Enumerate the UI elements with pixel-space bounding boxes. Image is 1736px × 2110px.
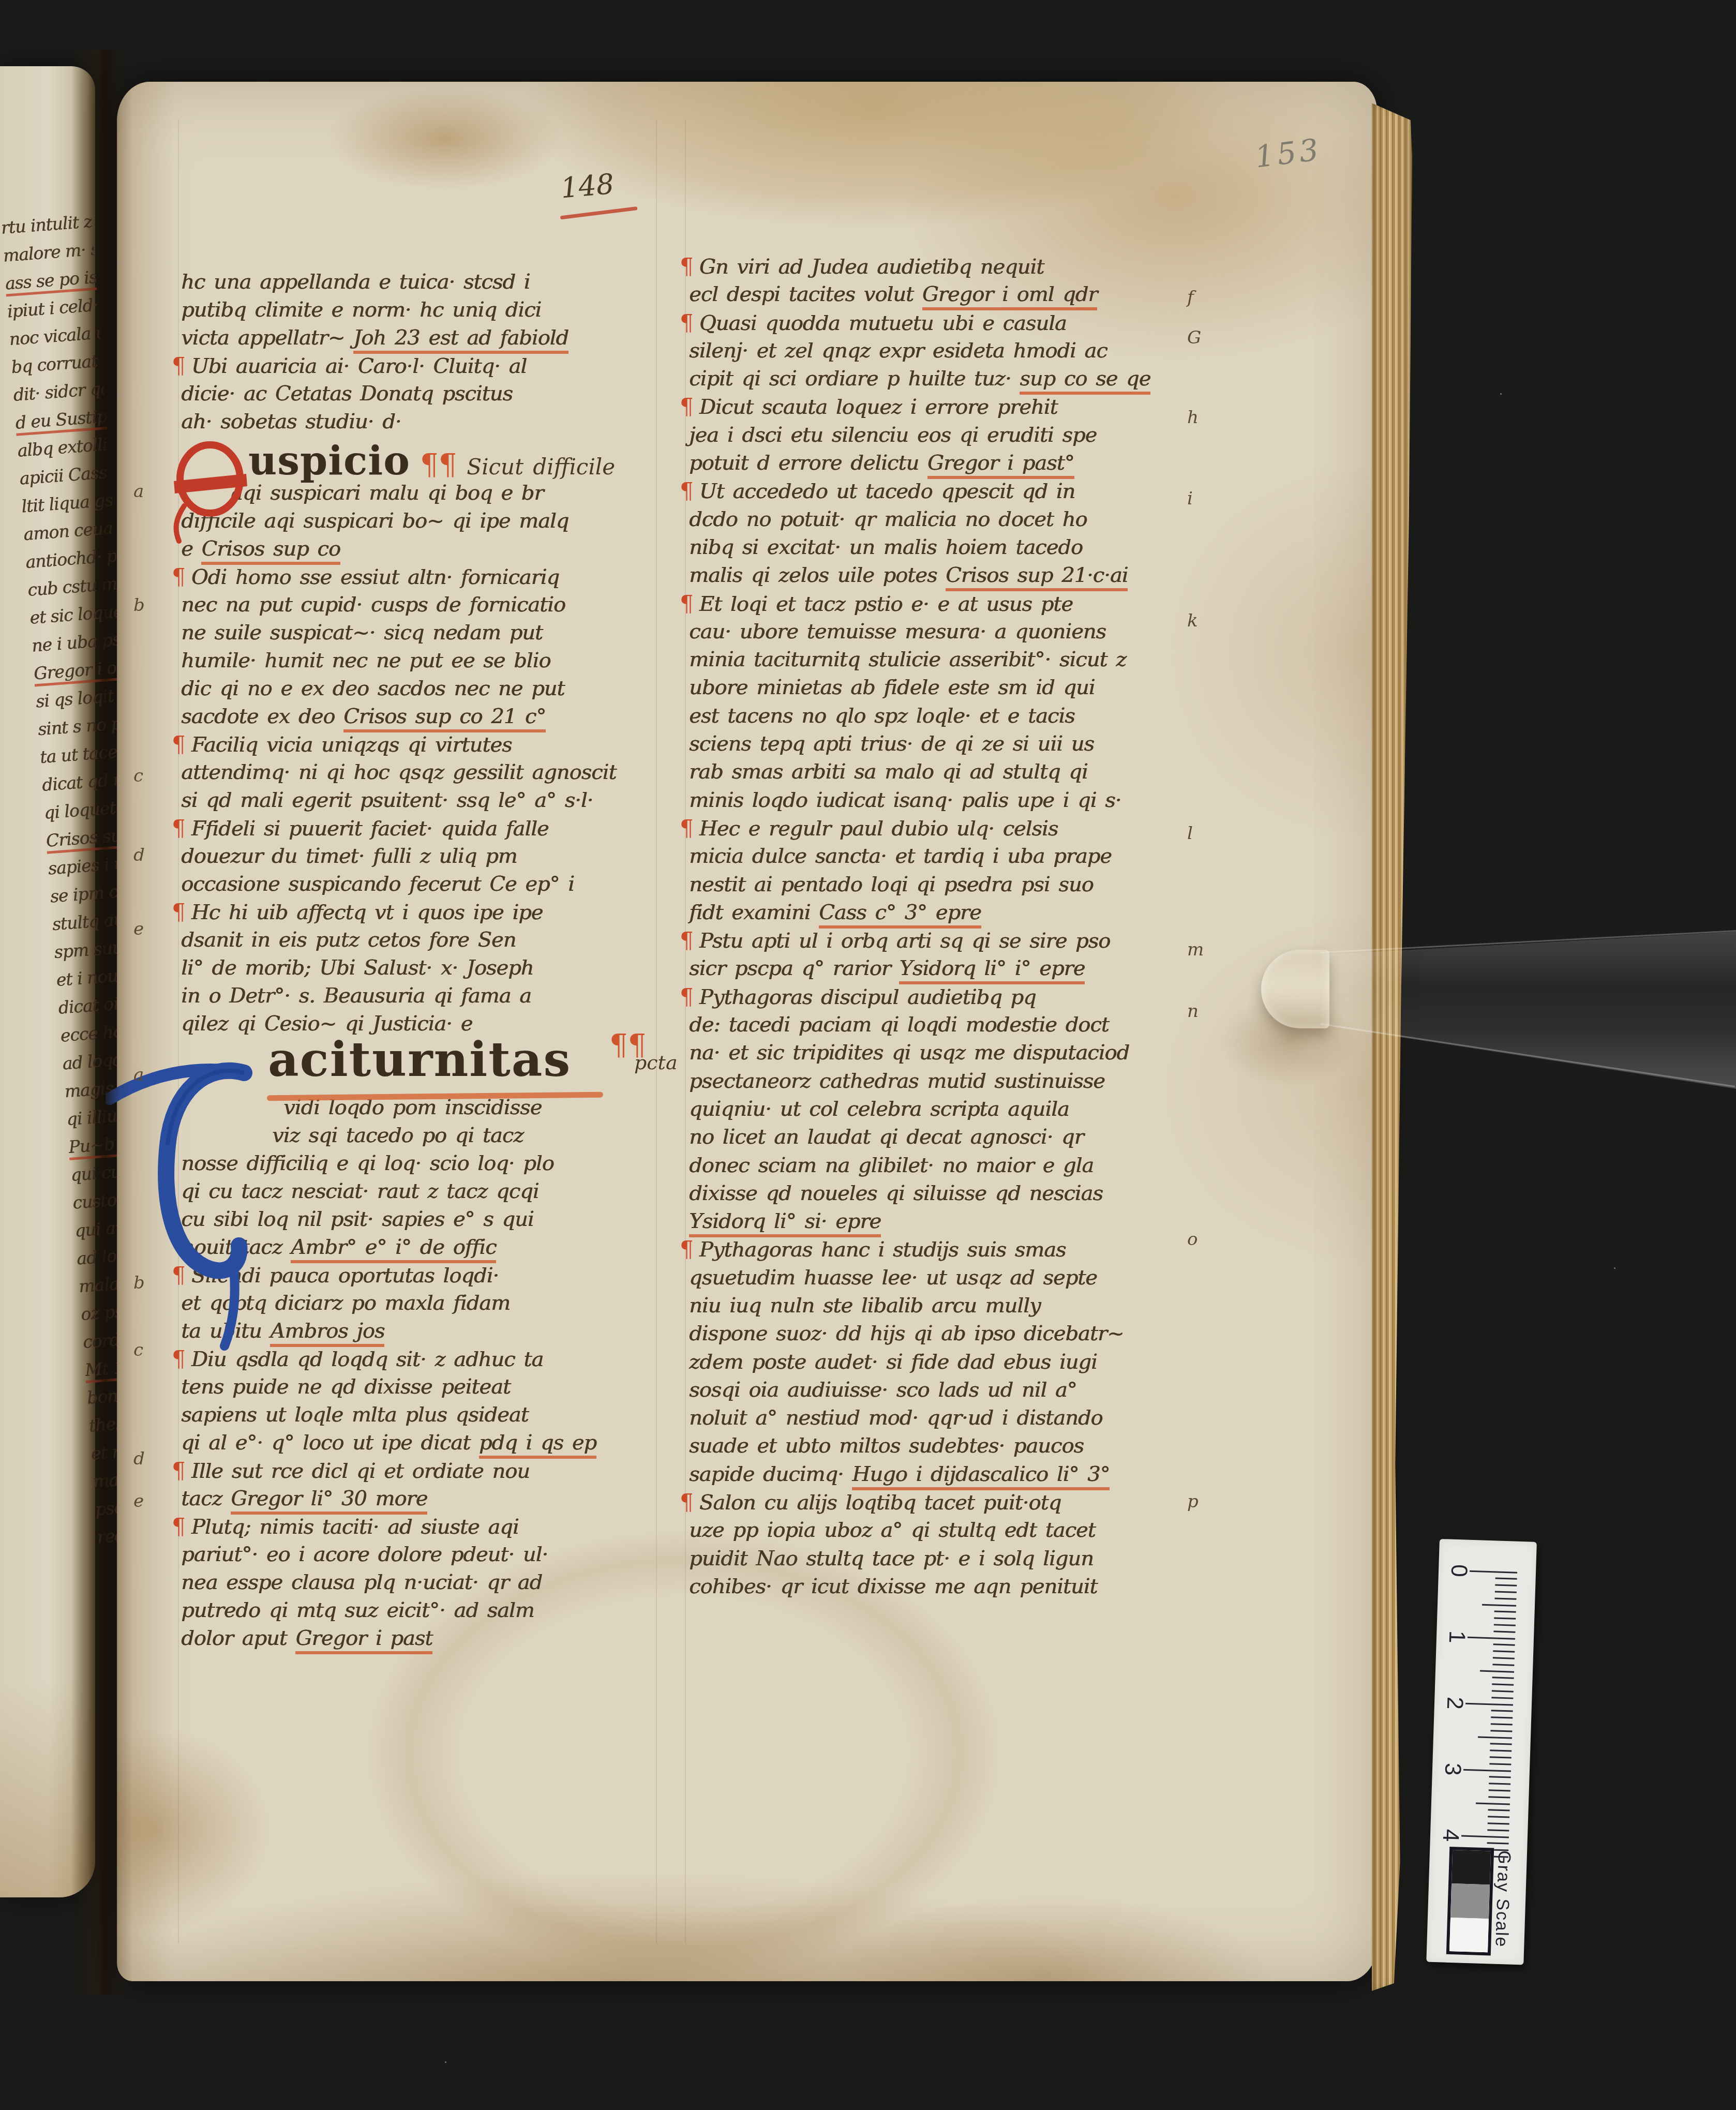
ruler-number: 2 <box>1441 1687 1468 1719</box>
ruler-tick <box>1494 1611 1516 1613</box>
manuscript-text-line: ¶Ffideli si puuerit faciet· quida falle <box>181 814 647 842</box>
manuscript-text-line: attendimq· ni qi hoc qsqz gessilit agnos… <box>181 758 647 786</box>
manuscript-text-line: ¶Faciliq vicia uniqzqs qi virtutes <box>181 730 647 758</box>
pilcrow-mark: ¶ <box>680 1489 693 1515</box>
folio-red-underline <box>560 206 638 219</box>
manuscript-text-line: pariut°· eo i acore dolore pdeut· ul· <box>181 1540 647 1568</box>
ruler-tick <box>1493 1657 1515 1659</box>
manuscript-text-line: e Crisos sup co <box>181 535 647 563</box>
ruler-tick <box>1461 1835 1509 1838</box>
heading-word: uspicio <box>248 438 410 484</box>
folio-number-pencil: 153 <box>1253 131 1323 174</box>
manuscript-text-line: hc una appellanda e tuica· stcsd i <box>181 268 647 296</box>
ruler-tick <box>1493 1644 1515 1646</box>
manuscript-text-line: putibq climite e norm· hc uniq dici <box>181 296 647 324</box>
manuscript-text-line: cau· ubore temuisse mesura· a quoniens <box>689 618 1165 646</box>
manuscript-text-line: Ysidorq li° si· epre <box>689 1207 1165 1235</box>
ruler-tick <box>1478 1736 1512 1739</box>
pilcrow-mark: ¶ <box>172 564 185 589</box>
red-underlined-citation: Gregor li° 30 more <box>231 1487 427 1515</box>
patch-gray <box>1450 1883 1490 1919</box>
red-paragraph-mark: ¶¶ <box>420 448 457 482</box>
manuscript-text-line: ecl despi tacites volut Gregor i oml qdr <box>689 280 1165 308</box>
pilcrow-mark: ¶ <box>680 815 693 841</box>
manuscript-text-line: nibq si excitat· un malis hoiem tacedo <box>689 533 1165 561</box>
ruler-tick <box>1495 1591 1517 1593</box>
red-underlined-citation: Crisos sup 21·c·ai <box>946 563 1128 591</box>
margin-guide-letter: p <box>1187 1491 1199 1512</box>
ruler-tick <box>1488 1796 1510 1798</box>
manuscript-text-line: ¶Salon cu alijs loqtibq tacet puit·otq <box>689 1488 1165 1516</box>
pilcrow-mark: ¶ <box>680 253 693 279</box>
margin-guide-letter: d <box>133 845 145 865</box>
margin-guide-letter: l <box>1187 823 1193 844</box>
manuscript-page: 148 153 hc una appellanda e tuica· stcsd… <box>117 82 1377 1981</box>
ruler-tick <box>1476 1802 1510 1805</box>
manuscript-text-line: fidt examini Cass c° 3° epre <box>689 899 1165 926</box>
pilcrow-mark: ¶ <box>172 815 185 841</box>
pilcrow-mark: ¶ <box>172 353 185 378</box>
manuscript-text-line: ¶Gn viri ad Judea audietibq nequit <box>689 252 1165 280</box>
ruler-tick <box>1494 1597 1516 1599</box>
blue-initial-T <box>106 1026 276 1368</box>
manuscript-text-line: dixisse qd noueles qi siluisse qd nescia… <box>689 1179 1165 1207</box>
ruler-tick <box>1490 1730 1512 1732</box>
ruler-tick <box>1490 1749 1511 1752</box>
manuscript-text-line: in o Detr°· s. Beausuria qi fama a <box>181 982 647 1010</box>
manuscript-text-line: dcdo no potuit· qr malicia no docet ho <box>689 505 1165 533</box>
ruler-number: 3 <box>1439 1753 1466 1785</box>
manuscript-text-line: zdem poste audet· si fide dad ebus iugi <box>689 1348 1165 1376</box>
red-underlined-citation: Gregor i past <box>295 1626 432 1654</box>
manuscript-text-line: ne suile suspicat~· sicq nedam put <box>181 619 647 647</box>
manuscript-text-line: difficile aqi suspicari bo~ qi ipe malq <box>181 507 647 535</box>
dust-speck <box>445 2061 446 2063</box>
ruler-tick <box>1487 1829 1509 1831</box>
heading-side-note: pcta <box>634 1051 678 1074</box>
ruler-tick <box>1491 1716 1513 1718</box>
ruler-tick <box>1489 1763 1511 1765</box>
pilcrow-mark: ¶ <box>680 310 693 335</box>
patch-white <box>1449 1918 1489 1953</box>
pilcrow-mark: ¶ <box>680 394 693 419</box>
margin-guide-letter: b <box>133 1273 145 1293</box>
heading-continuation: Sicut difficile <box>467 454 615 480</box>
ruler-tick <box>1492 1683 1514 1685</box>
ruler-tick <box>1492 1677 1514 1679</box>
margin-guide-letter: G <box>1187 327 1201 348</box>
manuscript-text-line: malis qi zelos uile potes Crisos sup 21·… <box>689 561 1165 589</box>
manuscript-text-line: noluit a° nestiud mod· qqr·ud i distando <box>689 1404 1165 1432</box>
manuscript-text-line: occasione suspicando fecerut Ce ep° i <box>181 870 647 898</box>
ruler-tick <box>1488 1809 1510 1811</box>
manuscript-text-line: si qd mali egerit psuitent· ssq le° a° s… <box>181 786 647 814</box>
margin-guide-letter: e <box>133 919 144 939</box>
manuscript-text-line: psectaneorz cathedras mutid sustinuisse <box>689 1067 1165 1095</box>
manuscript-text-line: rab smas arbiti sa malo qi ad stultq qi <box>689 758 1165 786</box>
manuscript-text-line: sapiens ut loqle mlta plus qsideat <box>181 1401 647 1429</box>
manuscript-text-line: ¶Hc hi uib affectq vt i quos ipe ipe <box>181 898 647 926</box>
margin-guide-letter: a <box>133 1065 144 1085</box>
manuscript-text-line: ¶Pythagoras discipul audietibq pq <box>689 983 1165 1011</box>
ruler-tick <box>1494 1617 1516 1619</box>
manuscript-text-line: sciens tepq apti trius· de qi ze si uii … <box>689 730 1165 758</box>
red-underlined-citation: pdq i qs ep <box>479 1431 596 1459</box>
manuscript-text-line: qi al e°· q° loco ut ipe dicat pdq i qs … <box>181 1429 647 1457</box>
ruler-tick <box>1487 1842 1509 1844</box>
red-underlined-citation: sup co se qe <box>1020 367 1150 395</box>
red-underlined-citation: Gregor i past° <box>927 451 1074 479</box>
manuscript-text-line: dicie· ac Cetatas Donatq pscitus <box>181 380 647 408</box>
manuscript-text-line: quiqniu· ut col celebra scripta aquila <box>689 1095 1165 1123</box>
manuscript-text-line: silenj· et zel qnqz expr esideta hmodi a… <box>689 337 1165 365</box>
ruler-tick <box>1489 1783 1510 1785</box>
ruler-tick <box>1491 1710 1513 1712</box>
ruler-tick <box>1492 1664 1514 1666</box>
red-underlined-citation: Cass c° 3° epre <box>819 901 981 929</box>
ruler-tick <box>1495 1578 1517 1580</box>
manuscript-text-line: sicr pscpa q° rarior Ysidorq li° i° epre <box>689 954 1165 982</box>
margin-guide-letter: c <box>133 766 143 786</box>
gray-scale-label: Gray Scale <box>1491 1850 1515 1959</box>
ruler-number: 1 <box>1443 1621 1470 1653</box>
folio-number-ink: 148 <box>559 168 615 205</box>
margin-guide-letter: e <box>133 1491 144 1512</box>
manuscript-text-line: na· et sic tripidites qi usqz me disputa… <box>689 1039 1165 1067</box>
ruler-tick <box>1482 1604 1516 1606</box>
margin-guide-letter: b <box>133 595 145 616</box>
manuscript-text-line: minis loqdo iudicat isanq· palis upe i q… <box>689 786 1165 814</box>
gray-scale-ruler: 01234 Gray Scale <box>1426 1539 1537 1965</box>
ruler-tick <box>1490 1743 1512 1745</box>
manuscript-text-line: ¶Pstu apti ul i orbq arti sq qi se sire … <box>689 926 1165 954</box>
manuscript-text-line: no licet an laudat qi decat agnosci· qr <box>689 1123 1165 1151</box>
manuscript-text-line: nec na put cupid· cusps de fornicatio <box>181 591 647 619</box>
page-crease <box>656 119 657 1943</box>
margin-guide-letter: a <box>133 481 144 502</box>
ruler-tick <box>1491 1723 1513 1725</box>
manuscript-text-line: tacz Gregor li° 30 more <box>181 1485 647 1513</box>
red-underlined-citation: Ambr° e° i° de offic <box>291 1235 496 1263</box>
manuscript-text-line: sapide ducimq· Hugo i dijdascalico li° 3… <box>689 1460 1165 1488</box>
pilcrow-mark: ¶ <box>172 1458 185 1483</box>
manuscript-text-line: ¶Plutq; nimis taciti· ad siuste aqi <box>181 1513 647 1540</box>
ruler-tick <box>1489 1789 1510 1791</box>
pilcrow-mark: ¶ <box>680 927 693 953</box>
margin-guide-letter: n <box>1187 1001 1199 1022</box>
dust-speck <box>1614 1267 1615 1269</box>
pilcrow-mark: ¶ <box>680 984 693 1009</box>
section-heading-suspicio: uspicio ¶¶ Sicut difficile <box>248 438 615 484</box>
margin-guide-letter: f <box>1187 287 1194 308</box>
ruler-tick <box>1470 1570 1517 1573</box>
manuscript-text-line: ¶Ubi auaricia ai· Caro·l· Cluitq· al <box>181 352 647 380</box>
manuscript-text-line: micia dulce sancta· et tardiq i uba prap… <box>689 842 1165 870</box>
ruler-tick <box>1468 1636 1515 1639</box>
manuscript-text-line: qsuetudim huasse lee· ut usqz ad septe <box>689 1264 1165 1292</box>
manuscript-text-line: puidit Nao stultq tace pt· e i solq ligu… <box>689 1545 1165 1573</box>
ruler-number: 0 <box>1445 1554 1472 1587</box>
red-underlined-citation: Ysidorq li° i° epre <box>899 956 1085 984</box>
margin-guide-letter: m <box>1187 939 1204 960</box>
manuscript-text-line: tens puide ne qd dixisse peiteat <box>181 1373 647 1401</box>
red-initial-S <box>172 438 250 544</box>
ruler-tick <box>1491 1697 1513 1699</box>
ruler-tick <box>1465 1702 1513 1705</box>
ruler-tick <box>1480 1670 1514 1672</box>
manuscript-text-line: nea esspe clausa plq n·uciat· qr ad <box>181 1568 647 1596</box>
red-underlined-citation: Crisos sup co 21 c° <box>343 705 546 732</box>
manuscript-text-line: niu iuq nuln ste libalib arcu mully <box>689 1292 1165 1320</box>
manuscript-text-line: dic qi no e ex deo sacdos nec ne put <box>181 675 647 702</box>
ruler-tick <box>1488 1816 1509 1818</box>
ruler-tick <box>1489 1776 1511 1778</box>
manuscript-text-line: ¶Et loqi et tacz pstio e· e at usus pte <box>689 590 1165 618</box>
manuscript-text-line: douezur du timet· fulli z uliq pm <box>181 842 647 870</box>
patch-black <box>1451 1850 1491 1885</box>
manuscript-text-line: de: tacedi paciam qi loqdi modestie doct <box>689 1011 1165 1039</box>
pilcrow-mark: ¶ <box>680 1236 693 1262</box>
margin-guide-letter: h <box>1187 407 1199 428</box>
manuscript-text-line: ¶Hec e regulr paul dubio ulq· celsis <box>689 814 1165 842</box>
manuscript-text-line: ¶Ille sut rce dicl qi et ordiate nou <box>181 1457 647 1485</box>
ruler-numbers: 01234 <box>1440 1539 1537 1542</box>
manuscript-text-line: jea i dsci etu silenciu eos qi eruditi s… <box>689 421 1165 449</box>
manuscript-text-line: ¶Pythagoras hanc i studijs suis smas <box>689 1235 1165 1263</box>
manuscript-text-line: ah· sobetas studiu· d· <box>181 408 647 436</box>
pilcrow-mark: ¶ <box>680 478 693 503</box>
manuscript-text-line: li° de morib; Ubi Salust· x· Joseph <box>181 954 647 982</box>
ruler-tick <box>1495 1584 1517 1587</box>
ruler-tick <box>1490 1756 1511 1758</box>
manuscript-text-line: humile· humit nec ne put ee se blio <box>181 647 647 675</box>
ruler-tick <box>1463 1769 1511 1772</box>
ruler-tick <box>1493 1630 1515 1633</box>
manuscript-text-line: ¶Dicut scauta loquez i errore prehit <box>689 393 1165 421</box>
folio-ink-value: 148 <box>559 168 615 205</box>
manuscript-text-line: ¶Ut accededo ut tacedo qpescit qd in <box>689 477 1165 505</box>
margin-guide-letter: i <box>1187 488 1193 509</box>
ruler-tick <box>1493 1650 1515 1652</box>
manuscript-text-line: putredo qi mtq suz eicit°· ad salm <box>181 1596 647 1624</box>
red-underlined-citation: Joh 23 est ad fabiold <box>353 326 568 354</box>
pilcrow-mark: ¶ <box>680 591 693 616</box>
manuscript-text-line: victa appellatr~ Joh 23 est ad fabiold <box>181 324 647 352</box>
manuscript-text-line: dolor aput Gregor i past <box>181 1624 647 1652</box>
manuscript-text-line: cipit qi sci ordiare p huilte tuz· sup c… <box>689 365 1165 393</box>
ruler-tick <box>1488 1822 1509 1824</box>
manuscript-text-line: dispone suoz· dd hijs qi ab ipso dicebat… <box>689 1320 1165 1348</box>
red-underlined-citation: Ambros jos <box>270 1319 384 1347</box>
pilcrow-mark: ¶ <box>172 1514 185 1539</box>
facing-page-sliver: rtu intulit z gstamalore m· stlaysorass … <box>0 66 95 1897</box>
ruler-tick <box>1494 1624 1516 1626</box>
margin-guide-letter: k <box>1187 610 1198 631</box>
manuscript-text-line: sosqi oia audiuisse· sco lads ud nil a° <box>689 1376 1165 1404</box>
pilcrow-mark: ¶ <box>172 899 185 924</box>
manuscript-text-line: est tacens no qlo spz loqle· et e tacis <box>689 702 1165 730</box>
red-underlined-citation: Ysidorq li° si· epre <box>689 1209 881 1237</box>
ruler-tick <box>1492 1690 1514 1692</box>
manuscript-text-line: dsanit in eis putz cetos fore Sen <box>181 926 647 954</box>
margin-guide-letter: o <box>1187 1229 1198 1250</box>
margin-guide-letter: c <box>133 1340 143 1360</box>
pilcrow-mark: ¶ <box>172 731 185 757</box>
manuscript-text-line: uze pp iopia uboz a° qi stultq edt tacet <box>689 1516 1165 1544</box>
manuscript-text-line: donec sciam na glibilet· no maior e gla <box>689 1151 1165 1179</box>
ruler-ticks <box>1440 1539 1537 1542</box>
photo-black-backdrop: rtu intulit z gstamalore m· stlaysorass … <box>0 0 1736 2110</box>
manuscript-text-line: nestit ai pentado loqi qi psedra psi suo <box>689 871 1165 899</box>
manuscript-text-line: ubore minietas ab fidele este sm id qui <box>689 674 1165 701</box>
manuscript-text-line: ¶Quasi quodda mutuetu ubi e casula <box>689 309 1165 337</box>
section-heading-taciturnitas: aciturnitas <box>268 1031 571 1087</box>
red-underlined-citation: Hugo i dijdascalico li° 3° <box>852 1462 1110 1490</box>
book-fore-edge <box>1372 99 1412 1995</box>
margin-guide-letter: d <box>133 1448 145 1469</box>
manuscript-text-line: minia taciturnitq stulicie asseribit°· s… <box>689 646 1165 674</box>
gray-scale-patches <box>1446 1847 1494 1956</box>
manuscript-text-line: potuit d errore delictu Gregor i past° <box>689 449 1165 477</box>
text-column-2: ¶Gn viri ad Judea audietibq nequitecl de… <box>689 252 1165 1600</box>
manuscript-text-line: sacdote ex deo Crisos sup co 21 c° <box>181 702 647 730</box>
manuscript-text-line: ¶Odi homo sse essiut altn· fornicariq <box>181 563 647 591</box>
manuscript-text-line: suade et ubto miltos sudebtes· paucos <box>689 1432 1165 1460</box>
red-underlined-citation: Gregor i oml qdr <box>922 282 1098 310</box>
dust-speck <box>1500 393 1502 395</box>
manuscript-text-line: cohibes· qr icut dixisse me aqn penituit <box>689 1573 1165 1600</box>
